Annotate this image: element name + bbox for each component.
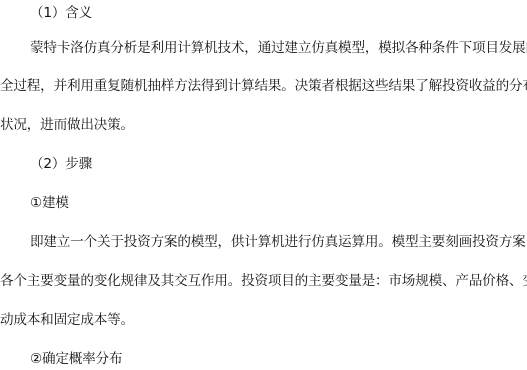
section-heading-steps: （2）步骤 [30, 154, 527, 174]
paragraph-line: 各个主要变量的变化规律及其交互作用。投资项目的主要变量是：市场规模、产品价格、变 [0, 271, 527, 291]
paragraph-line: 状况，进而做出决策。 [0, 115, 527, 135]
paragraph-line: 全过程，并利用重复随机抽样方法得到计算结果。决策者根据这些结果了解投资收益的分布 [0, 76, 527, 96]
subsection-heading-probability-distribution: ②确定概率分布 [30, 349, 527, 369]
paragraph-line: 蒙特卡洛仿真分析是利用计算机技术，通过建立仿真模型，模拟各种条件下项目发展的 [30, 38, 527, 58]
paragraph-line: 动成本和固定成本等。 [0, 310, 527, 330]
section-heading-meaning: （1）含义 [30, 3, 527, 23]
paragraph-line: 即建立一个关于投资方案的模型，供计算机进行仿真运算用。模型主要刻画投资方案中 [30, 232, 527, 252]
subsection-heading-modeling: ①建模 [30, 193, 527, 213]
